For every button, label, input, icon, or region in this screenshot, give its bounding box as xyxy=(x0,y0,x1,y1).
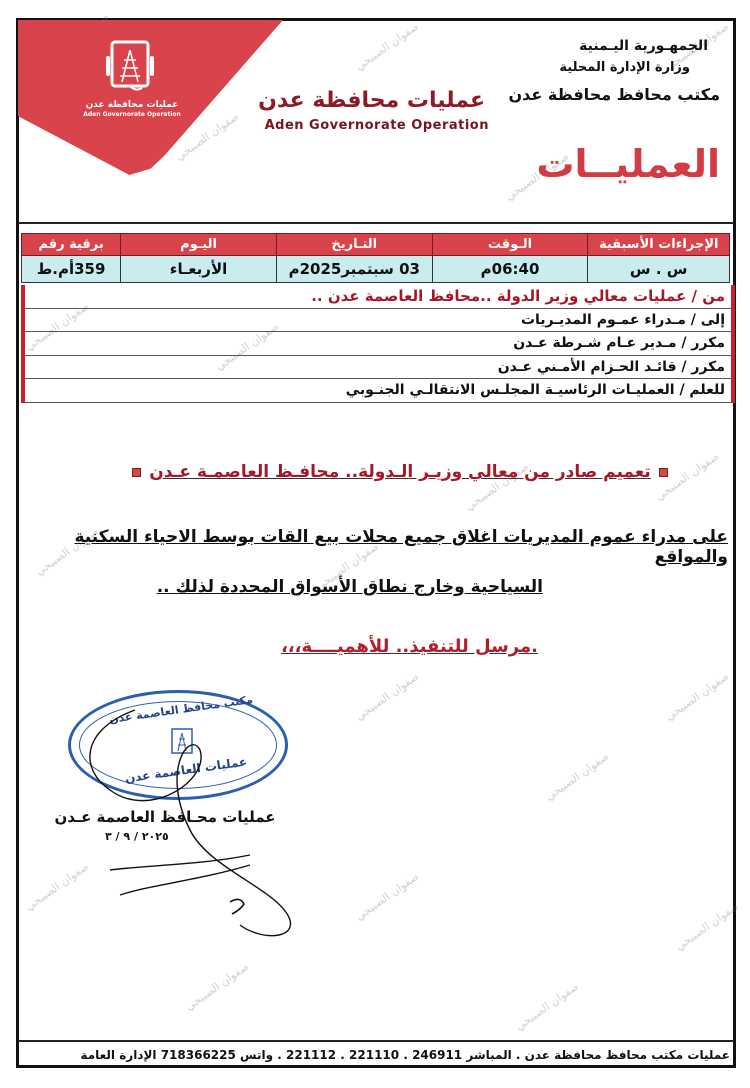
header-priority: الإجراءات الأسبقية xyxy=(588,234,730,256)
brand-title-arabic: عمليات محافظة عدن xyxy=(255,88,485,113)
info-line: للعلم / العمليـات الرئاسيـة المجلـس الان… xyxy=(25,379,731,403)
body-closing-line: .مرسل للتنفيذ.. للأهميــــة،،، xyxy=(28,636,538,657)
government-heading: الجمهـورية اليـمنية وزارة الإدارة المحلي… xyxy=(509,38,720,104)
header-divider xyxy=(18,222,734,224)
department-title: العمليــات xyxy=(536,142,720,186)
to-line: إلى / مـدراء عمـوم المديـريات xyxy=(25,309,731,333)
footer-contact-info: عمليات مكتب محافظ محافظة عدن . المباشر 2… xyxy=(30,1048,730,1062)
header-time: الـوقت xyxy=(432,234,588,256)
time-value: 06:40م xyxy=(432,256,588,283)
header-date: التـاريخ xyxy=(276,234,432,256)
cc-line-police: مكرر / مـدير عـام شـرطة عـدن xyxy=(25,332,731,356)
building-headset-logo-icon xyxy=(100,38,160,98)
office-name: مكتب محافظ محافظة عدن xyxy=(509,85,720,104)
logo-caption-english: Aden Governorate Operation xyxy=(74,111,190,118)
telegram-number-value: 359أم.ط xyxy=(22,256,121,283)
day-value: الأربعـاء xyxy=(121,256,277,283)
circular-title-text: تعميم صادر من معالي وزيـر الـدولة.. محاف… xyxy=(149,462,651,482)
header-telegram-number: برقية رقم xyxy=(22,234,121,256)
footer-divider xyxy=(18,1040,734,1042)
ministry-name: وزارة الإدارة المحلية xyxy=(509,60,690,75)
brand-title-english: Aden Governorate Operation xyxy=(227,118,489,133)
square-bullet-icon xyxy=(132,468,141,477)
header-day: اليـوم xyxy=(121,234,277,256)
addressing-block: من / عمليات معالي وزير الدولة ..محافظ ال… xyxy=(21,285,735,403)
republic-name: الجمهـورية اليـمنية xyxy=(509,38,708,54)
telegram-info-table: الإجراءات الأسبقية الـوقت التـاريخ اليـو… xyxy=(21,233,730,283)
circular-title: تعميم صادر من معالي وزيـر الـدولة.. محاف… xyxy=(80,462,720,482)
date-value: 03 سبتمبر2025م xyxy=(276,256,432,283)
body-text-line-2: السياحية وخارج نطاق الأسواق المحددة لذلك… xyxy=(28,577,543,597)
body-text-line-1: على مدراء عموم المديريات اغلاق جميع محلا… xyxy=(28,527,728,567)
from-line: من / عمليات معالي وزير الدولة ..محافظ ال… xyxy=(25,285,731,309)
table-header-row: الإجراءات الأسبقية الـوقت التـاريخ اليـو… xyxy=(22,234,730,256)
priority-value: س . س xyxy=(588,256,730,283)
logo-caption-arabic: عمليات محافظة عدن xyxy=(82,100,182,110)
cc-line-security-belt: مكرر / قائـد الحـزام الأمـني عـدن xyxy=(25,356,731,380)
square-bullet-icon xyxy=(659,468,668,477)
handwritten-signature-icon xyxy=(40,690,340,950)
table-row: س . س 06:40م 03 سبتمبر2025م الأربعـاء 35… xyxy=(22,256,730,283)
